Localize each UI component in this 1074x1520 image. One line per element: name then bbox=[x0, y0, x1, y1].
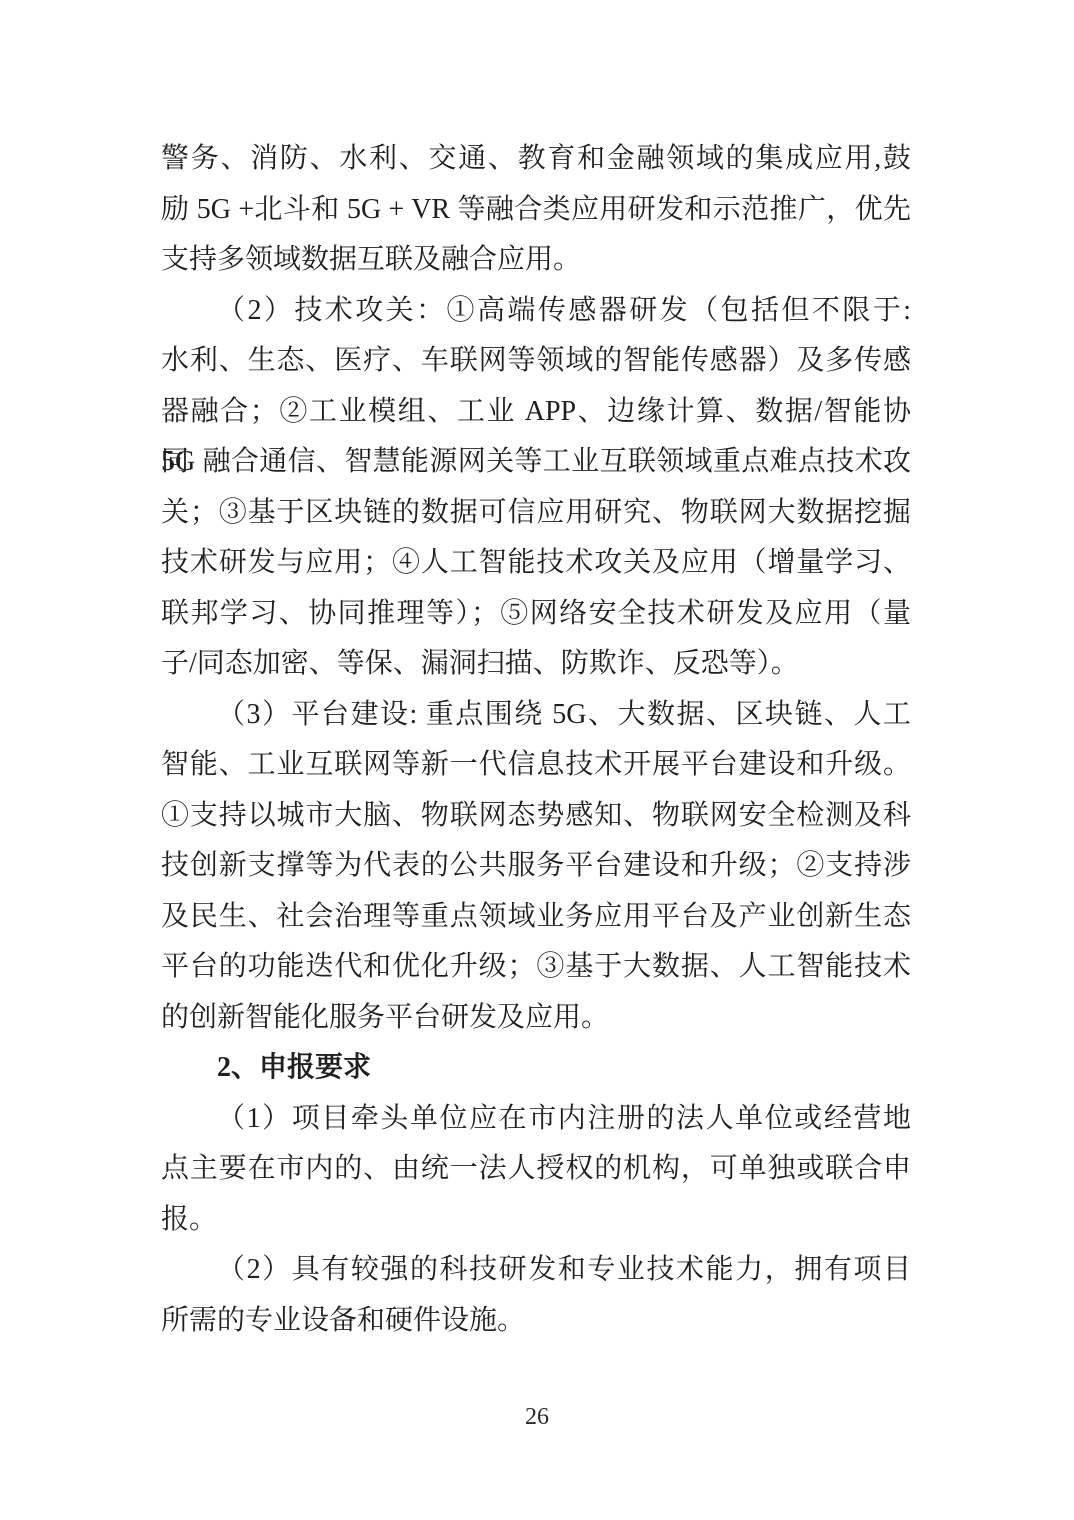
text-line: 水利、生态、医疗、车联网等领域的智能传感器）及多传感 bbox=[161, 336, 911, 387]
text-line: 5G 融合通信、智慧能源网关等工业互联领域重点难点技术攻 bbox=[161, 437, 911, 488]
text-line: 子/同态加密、等保、漏洞扫描、防欺诈、反恐等）。 bbox=[161, 639, 911, 690]
text-line: 技术研发与应用；④人工智能技术攻关及应用（增量学习、 bbox=[161, 538, 911, 589]
document-page: 警务、消防、水利、交通、教育和金融领域的集成应用,鼓励 5G +北斗和 5G +… bbox=[0, 0, 1074, 1520]
text-line: 点主要在市内的、由统一法人授权的机构，可单独或联合申 bbox=[161, 1144, 911, 1195]
text-line: 智能、工业互联网等新一代信息技术开展平台建设和升级。 bbox=[161, 740, 911, 791]
text-line: 的创新智能化服务平台研发及应用。 bbox=[161, 993, 911, 1044]
text-line: 所需的专业设备和硬件设施。 bbox=[161, 1296, 911, 1347]
text-line: 器融合；②工业模组、工业 APP、边缘计算、数据/智能协同、 bbox=[161, 387, 911, 438]
page-number: 26 bbox=[525, 1404, 549, 1430]
text-line: （1）项目牵头单位应在市内注册的法人单位或经营地 bbox=[161, 1094, 911, 1145]
text-block: 警务、消防、水利、交通、教育和金融领域的集成应用,鼓励 5G +北斗和 5G +… bbox=[161, 134, 911, 1346]
section-heading: 2、申报要求 bbox=[161, 1043, 911, 1094]
text-line: （3）平台建设: 重点围绕 5G、大数据、区块链、人工 bbox=[161, 690, 911, 741]
text-line: 励 5G +北斗和 5G + VR 等融合类应用研发和示范推广，优先 bbox=[161, 185, 911, 236]
text-line: 平台的功能迭代和优化升级；③基于大数据、人工智能技术 bbox=[161, 942, 911, 993]
text-line: 支持多领域数据互联及融合应用。 bbox=[161, 235, 911, 286]
page-footer: 26 bbox=[0, 1402, 1074, 1432]
text-line: 关；③基于区块链的数据可信应用研究、物联网大数据挖掘 bbox=[161, 488, 911, 539]
text-line: （2）技术攻关：①高端传感器研发（包括但不限于: bbox=[161, 286, 911, 337]
text-line: 及民生、社会治理等重点领域业务应用平台及产业创新生态 bbox=[161, 892, 911, 943]
text-line: ①支持以城市大脑、物联网态势感知、物联网安全检测及科 bbox=[161, 791, 911, 842]
text-line: 联邦学习、协同推理等）；⑤网络安全技术研发及应用（量 bbox=[161, 589, 911, 640]
text-line: 报。 bbox=[161, 1195, 911, 1246]
text-line: （2）具有较强的科技研发和专业技术能力，拥有项目 bbox=[161, 1245, 911, 1296]
text-line: 技创新支撑等为代表的公共服务平台建设和升级；②支持涉 bbox=[161, 841, 911, 892]
text-line: 警务、消防、水利、交通、教育和金融领域的集成应用,鼓 bbox=[161, 134, 911, 185]
